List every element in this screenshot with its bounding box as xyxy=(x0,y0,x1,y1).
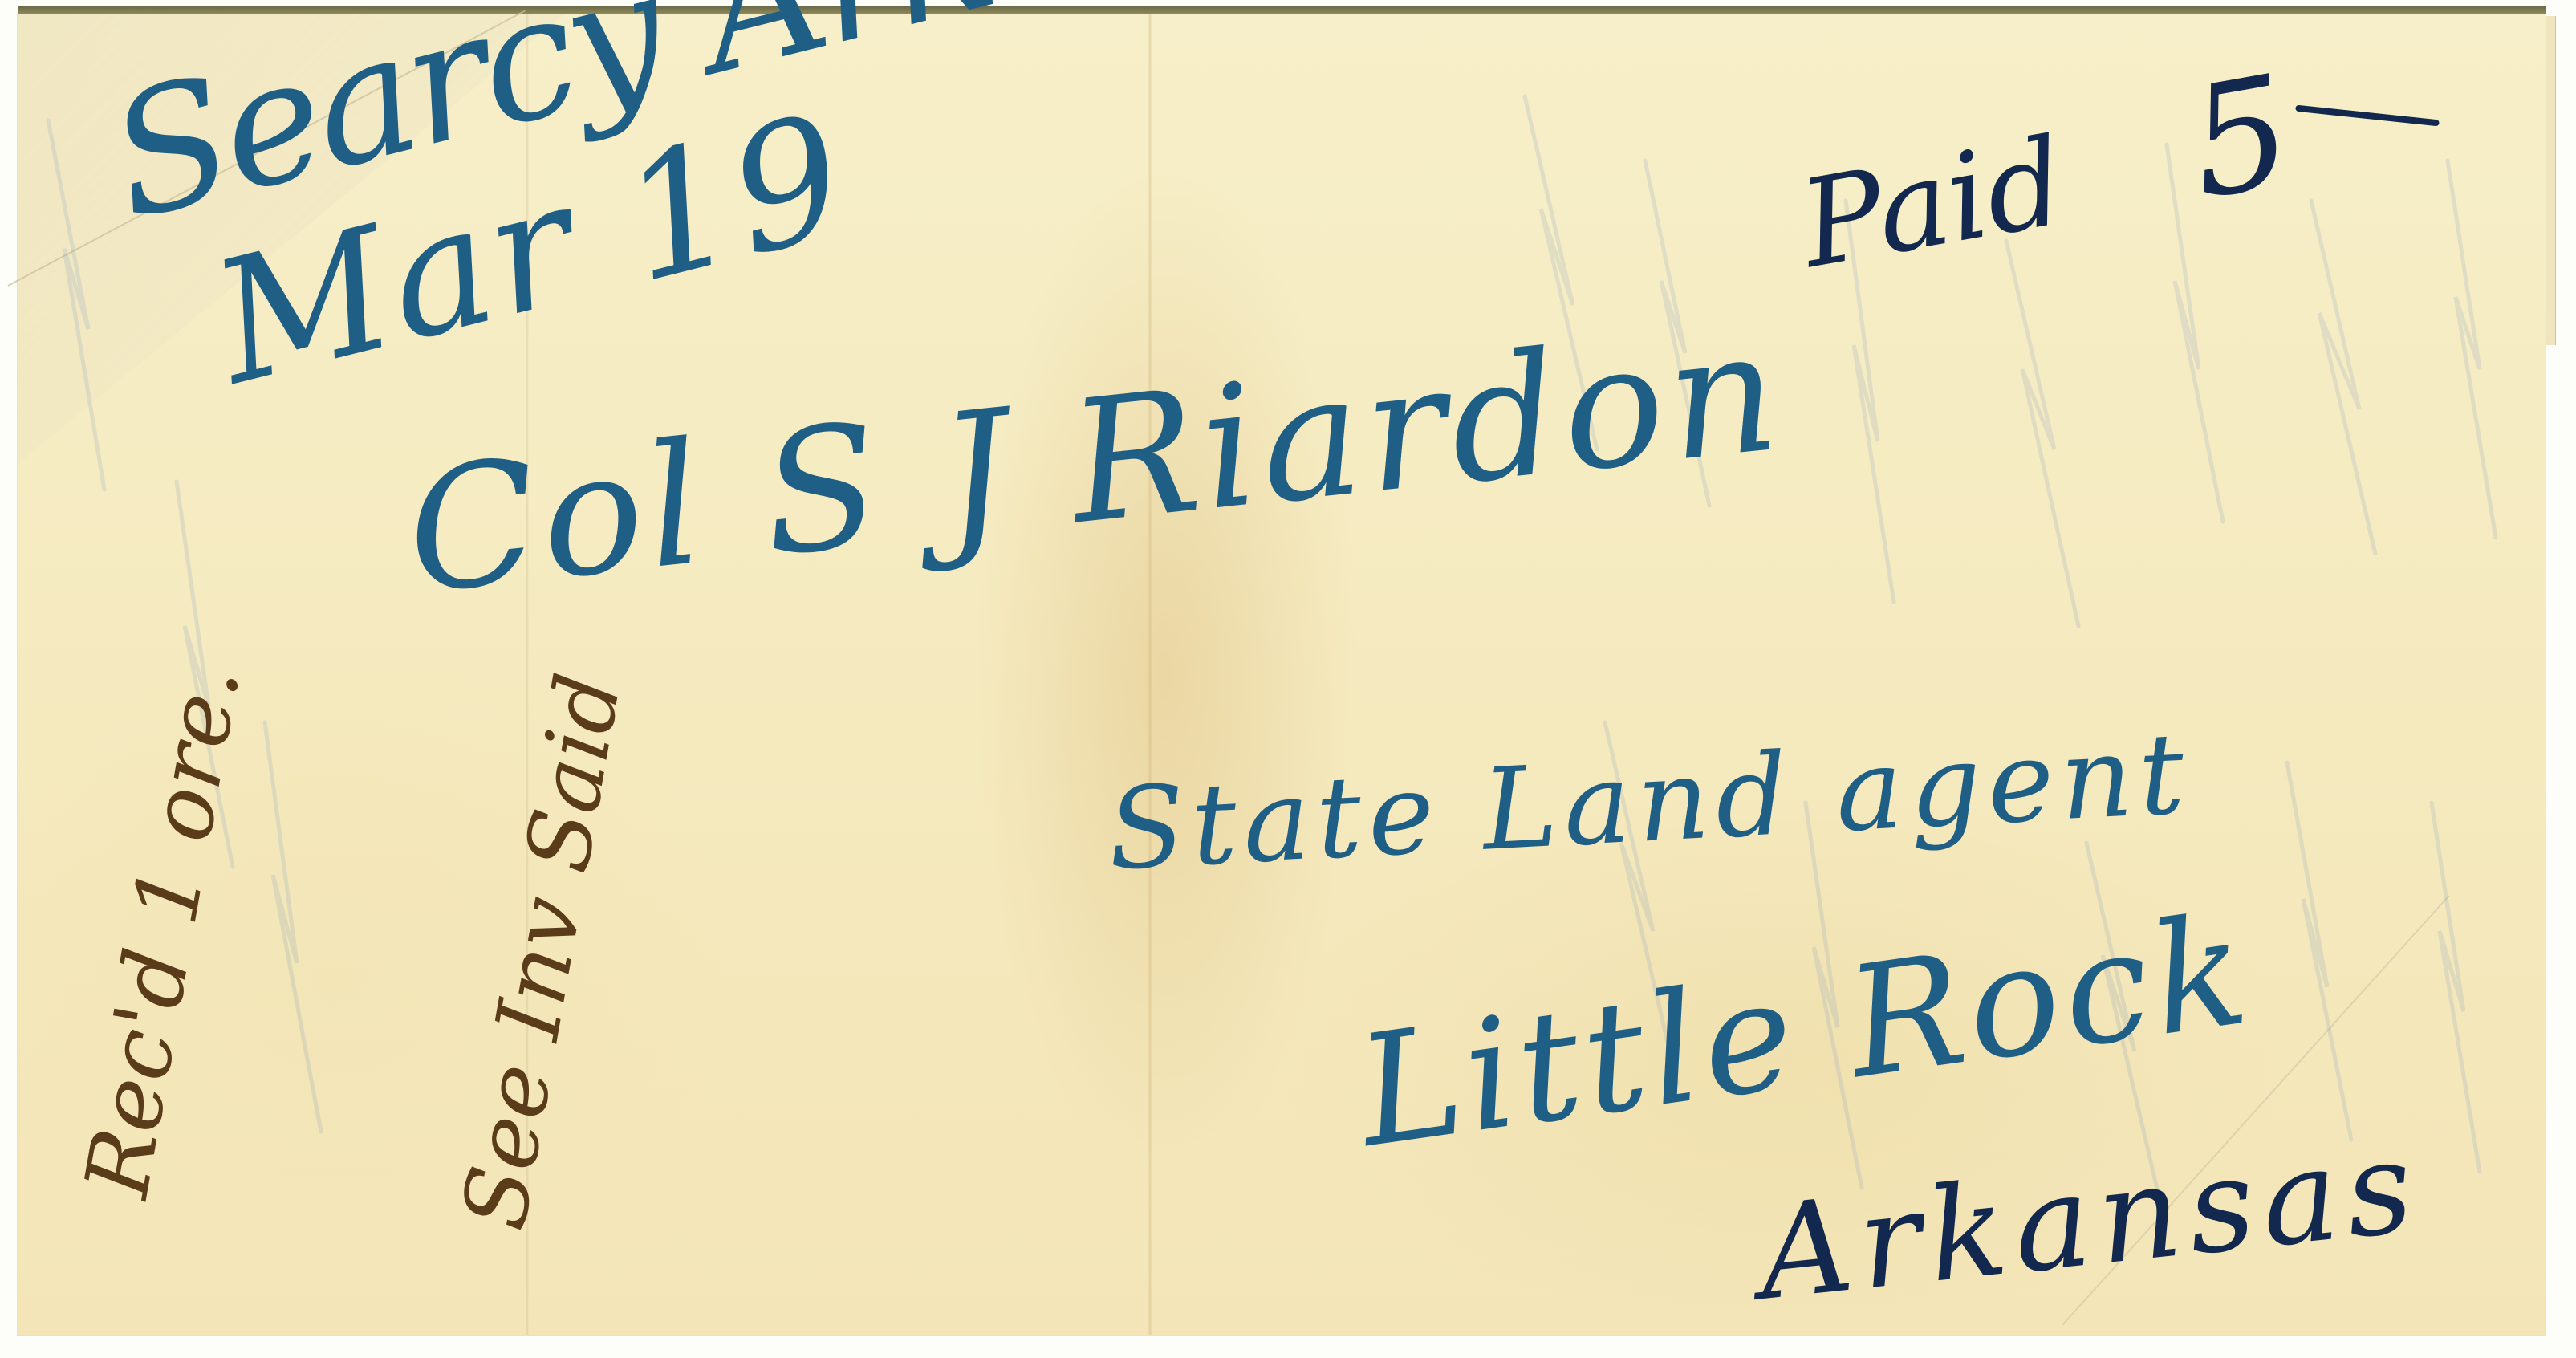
paper-right-tab xyxy=(2546,16,2556,345)
center-crease xyxy=(1148,14,1152,1335)
